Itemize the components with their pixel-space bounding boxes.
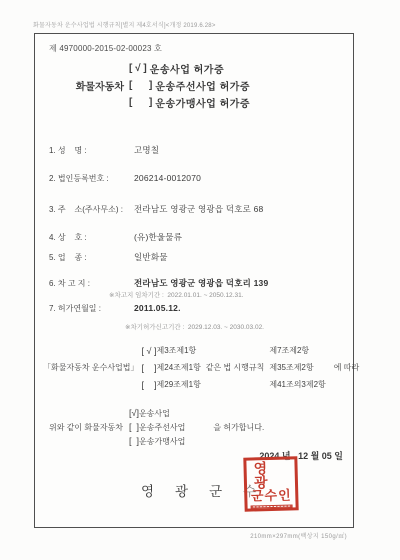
field-value-address: 전라남도 영광군 영광읍 덕호로 68	[134, 203, 263, 215]
field-row-address: 3. 주 소(주사무소) : 전라남도 영광군 영광읍 덕호로 68	[49, 203, 345, 215]
legal-basis-section: 「화물자동차 운수사업법」 [ √ ] 제3조제1항 [ ] 제24조제1항 […	[43, 342, 349, 393]
stamp-registration-band	[251, 504, 292, 508]
grant-statement-section: 위와 같이 화물자동차 [√] 운송사업 [ ] 운송주선사업 [ ] 운송가맹…	[49, 406, 343, 448]
law-article-column: [ √ ] 제3조제1항 [ ] 제24조제1항 [ ] 제29조제1항	[142, 342, 201, 393]
field-value-name: 고명칠	[134, 144, 159, 156]
checkbox-franchise-business: [ ]	[129, 97, 152, 108]
checkbox-article-29: [ ]	[142, 380, 157, 390]
field-value-permit-date: 2011.05.12.	[134, 303, 181, 313]
checkbox-article-24: [ ]	[142, 363, 157, 373]
rule-article-3: 제41조의3제2항	[269, 379, 325, 390]
field-row-garage: 6. 차 고 지 : 전라남도 영광군 영광읍 덕호리 139	[49, 277, 345, 289]
grant-option-brokerage: [ ] 운송주선사업	[129, 420, 185, 434]
field-note-garage-lease-period: ※차고지 임차기간 : 2022.01.01. ~ 2050.12.31.	[109, 290, 244, 299]
field-row-company-name: 4. 상 호 : (유)한울물류	[49, 231, 345, 243]
grant-prefix-text: 위와 같이 화물자동차	[49, 422, 123, 433]
law-article-row-1: [ √ ] 제3조제1항	[142, 342, 201, 359]
field-row-corp-reg-number: 2. 법인등록번호 : 206214-0012070	[49, 173, 345, 184]
field-label-name: 1. 성 명 :	[49, 145, 134, 156]
law-article-row-2: [ ] 제24조제1항	[142, 359, 201, 376]
rule-article-1: 제7조제2항	[269, 345, 309, 356]
field-label-business-type: 5. 업 종 :	[49, 252, 134, 263]
form-reference-note: 화물자동차 운수사업법 시행규칙[별지 제4호서식]<개정 2019.6.28>	[33, 20, 216, 29]
title-label-brokerage: 운송주선사업 허가증	[152, 78, 250, 93]
field-value-garage: 전라남도 영광군 영광읍 덕호리 139	[134, 277, 268, 289]
field-row-name: 1. 성 명 : 고명칠	[49, 144, 345, 156]
title-prefix-text: 화물자동차	[35, 78, 129, 93]
field-label-corp-reg-number: 2. 법인등록번호 :	[49, 173, 134, 184]
law-article-row-3: [ ] 제29조제1항	[142, 376, 201, 393]
checkbox-grant-franchise: [ ]	[129, 436, 139, 446]
field-label-permit-date: 7. 허가연월일 :	[49, 303, 134, 314]
legal-suffix-text: 에 따라	[334, 362, 359, 373]
official-seal-stamp: 영광 군수인	[243, 456, 298, 511]
rule-article-row-1: 제7조제2항	[269, 342, 325, 359]
grant-option-transport: [√] 운송사업	[129, 406, 185, 420]
law-article-3: 제29조제1항	[157, 379, 201, 390]
grant-suffix-text: 을 허가합니다.	[213, 422, 264, 433]
grant-label-transport: 운송사업	[139, 408, 170, 419]
field-label-company-name: 4. 상 호 :	[49, 232, 134, 243]
checkbox-article-3: [ √ ]	[142, 346, 157, 356]
checkbox-transport-business: [ √ ]	[129, 63, 147, 74]
grant-label-brokerage: 운송주선사업	[139, 422, 185, 433]
document-number: 제 4970000-2015-02-00023 호	[49, 43, 162, 54]
field-label-address: 3. 주 소(주사무소) :	[49, 204, 134, 215]
law-article-1: 제3조제1항	[156, 345, 196, 356]
checkbox-brokerage-business: [ ]	[129, 80, 152, 91]
field-value-company-name: (유)한울물류	[134, 231, 182, 243]
field-value-corp-reg-number: 206214-0012070	[134, 173, 201, 183]
field-label-garage: 6. 차 고 지 :	[49, 278, 134, 289]
field-row-business-type: 5. 업 종 : 일반화물	[49, 251, 345, 263]
title-row-transport: [ √ ] 운송사업 허가증	[35, 60, 353, 77]
title-block: [ √ ] 운송사업 허가증 화물자동차 [ ] 운송주선사업 허가증 [ ] …	[35, 60, 353, 111]
grant-options-column: [√] 운송사업 [ ] 운송주선사업 [ ] 운송가맹사업	[129, 406, 185, 448]
checkbox-grant-transport: [√]	[129, 408, 139, 418]
title-label-franchise: 운송가맹사업 허가증	[152, 95, 250, 110]
permit-document-page: 화물자동차 운수사업법 시행규칙[별지 제4호서식]<개정 2019.6.28>…	[0, 0, 400, 560]
checkbox-grant-brokerage: [ ]	[129, 422, 139, 432]
enforcement-rule-text: 같은 법 시행규칙	[206, 362, 265, 373]
rule-article-row-2: 제35조제2항	[269, 359, 325, 376]
title-label-transport: 운송사업 허가증	[147, 61, 224, 76]
law-article-2: 제24조제1항	[157, 362, 201, 373]
document-border-box: 제 4970000-2015-02-00023 호 [ √ ] 운송사업 허가증…	[34, 33, 354, 528]
law-name: 「화물자동차 운수사업법」	[43, 362, 139, 373]
field-value-business-type: 일반화물	[134, 251, 168, 263]
paper-spec-note: 210mm×297mm(백상지 150g/㎡)	[250, 531, 347, 540]
title-row-franchise: [ ] 운송가맹사업 허가증	[35, 94, 353, 111]
rule-article-2: 제35조제2항	[269, 362, 313, 373]
rule-article-column: 제7조제2항 제35조제2항 제41조의3제2항	[269, 342, 325, 393]
field-note-next-report-period: ※차기허가신고기간 : 2029.12.03. ~ 2030.03.02.	[125, 322, 264, 331]
grant-option-franchise: [ ] 운송가맹사업	[129, 434, 185, 448]
grant-label-franchise: 운송가맹사업	[139, 436, 185, 447]
field-row-permit-date: 7. 허가연월일 : 2011.05.12.	[49, 303, 345, 314]
title-row-brokerage: 화물자동차 [ ] 운송주선사업 허가증	[35, 77, 353, 94]
stamp-text-line2: 군수인	[251, 488, 292, 503]
stamp-text-line1: 영광	[253, 460, 295, 489]
rule-article-row-3: 제41조의3제2항	[269, 376, 325, 393]
